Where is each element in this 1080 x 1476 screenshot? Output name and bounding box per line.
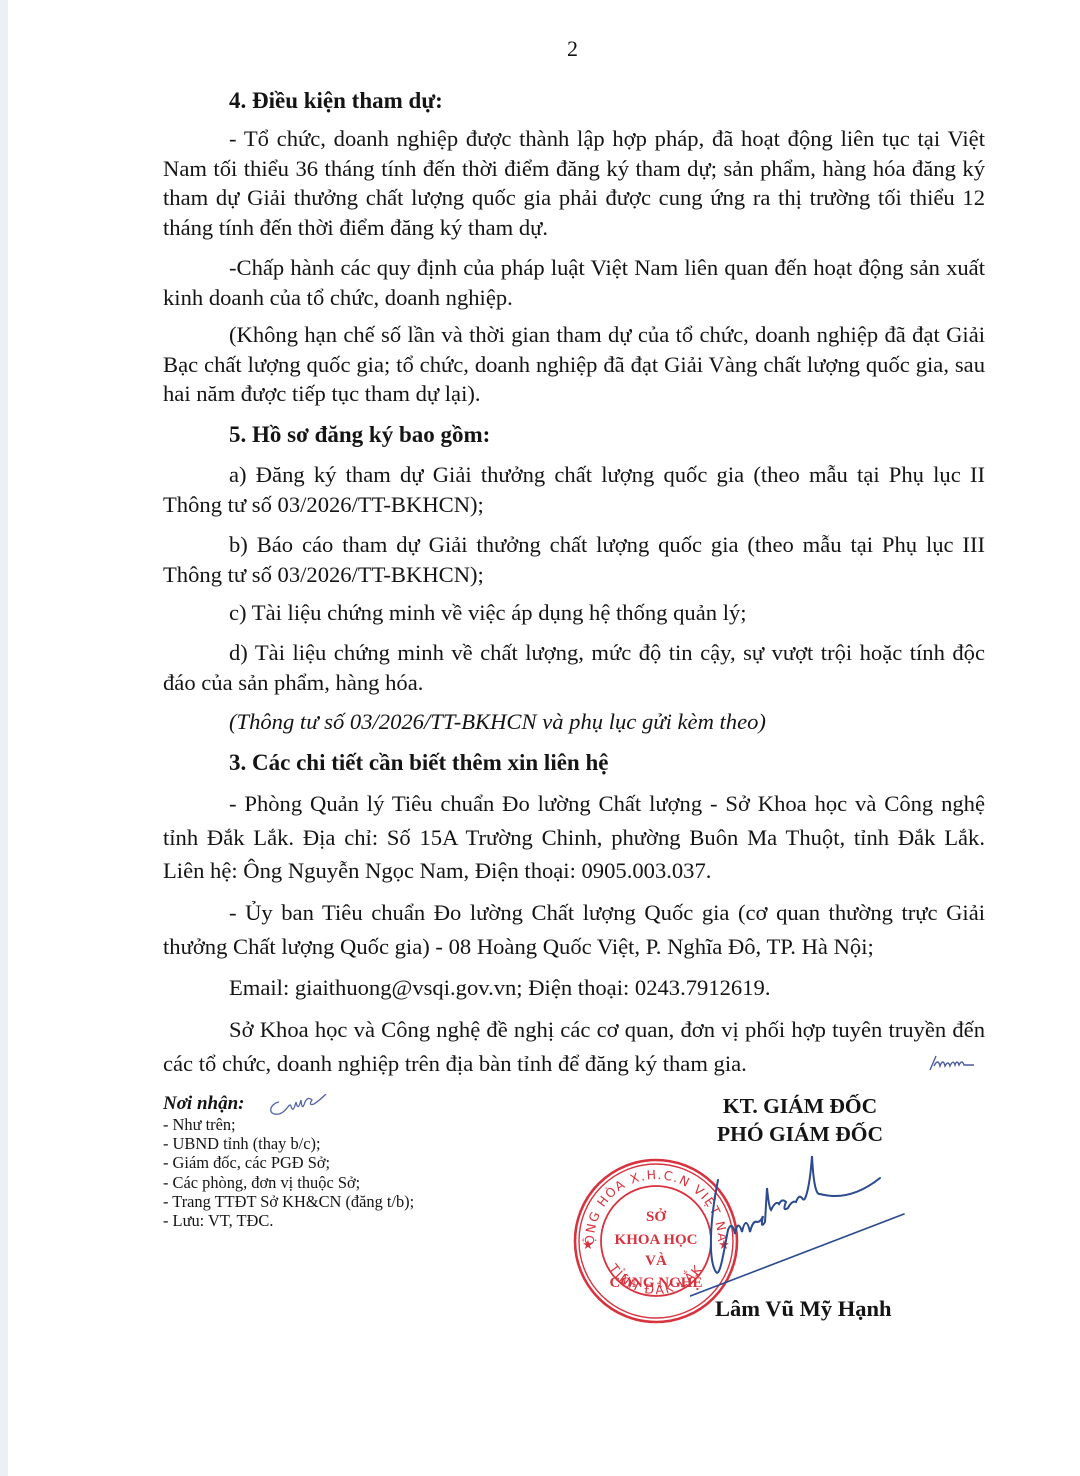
email-line: Email: giaithuong@vsqi.gov.vn; Điện thoạ… (163, 973, 985, 1003)
signature-title-line1: KT. GIÁM ĐỐC (690, 1092, 910, 1121)
recipient-item: - Như trên; (163, 1115, 543, 1134)
section-3-heading: 3. Các chi tiết cần biết thêm xin liên h… (229, 748, 608, 777)
viewer-edge-strip (0, 0, 8, 1476)
dossier-item: c) Tài liệu chứng minh về việc áp dụng h… (163, 598, 985, 628)
svg-text:CÔNG NGHỆ: CÔNG NGHỆ (610, 1274, 703, 1291)
recipient-item: - Các phòng, đơn vị thuộc Sở; (163, 1173, 543, 1192)
recipient-item: - Trang TTĐT Sở KH&CN (đăng t/b); (163, 1192, 543, 1211)
section-4-paragraph: (Không hạn chế số lần và thời gian tham … (163, 320, 985, 409)
handwritten-initial-icon (928, 1052, 976, 1072)
recipient-initial-icon (265, 1094, 345, 1120)
section-4-paragraph: -Chấp hành các quy định của pháp luật Vi… (163, 253, 985, 312)
svg-text:VÀ: VÀ (645, 1252, 667, 1269)
section-4-heading: 4. Điều kiện tham dự: (229, 86, 443, 115)
recipients-title: Nơi nhận: (163, 1093, 543, 1115)
svg-text:★: ★ (582, 1237, 594, 1252)
signer-name: Lâm Vũ Mỹ Hạnh (715, 1296, 892, 1322)
dossier-item: b) Báo cáo tham dự Giải thưởng chất lượn… (163, 530, 985, 589)
dossier-item: a) Đăng ký tham dự Giải thưởng chất lượn… (163, 460, 985, 519)
page-number: 2 (0, 36, 1080, 62)
closing-paragraph: Sở Khoa học và Công nghệ đề nghị các cơ … (163, 1013, 985, 1080)
handwritten-signature-icon (690, 1150, 930, 1300)
contact-paragraph: - Phòng Quản lý Tiêu chuẩn Đo lường Chất… (163, 787, 985, 888)
section-4-paragraph: - Tổ chức, doanh nghiệp được thành lập h… (163, 124, 985, 242)
recipient-item: - Giám đốc, các PGĐ Sở; (163, 1153, 543, 1172)
contact-paragraph: - Ủy ban Tiêu chuẩn Đo lường Chất lượng … (163, 896, 985, 963)
recipients-block: Nơi nhận: - Như trên; - UBND tỉnh (thay … (163, 1093, 543, 1230)
svg-text:KHOA HỌC: KHOA HỌC (615, 1232, 698, 1248)
svg-text:SỞ: SỞ (646, 1208, 666, 1225)
signature-title-line2: PHÓ GIÁM ĐỐC (690, 1120, 910, 1149)
recipient-item: - UBND tỉnh (thay b/c); (163, 1134, 543, 1153)
attachment-note: (Thông tư số 03/2026/TT-BKHCN và phụ lục… (229, 707, 766, 736)
recipient-item: - Lưu: VT, TĐC. (163, 1211, 543, 1230)
dossier-item: d) Tài liệu chứng minh về chất lượng, mứ… (163, 638, 985, 697)
section-5-heading: 5. Hồ sơ đăng ký bao gồm: (229, 420, 490, 449)
